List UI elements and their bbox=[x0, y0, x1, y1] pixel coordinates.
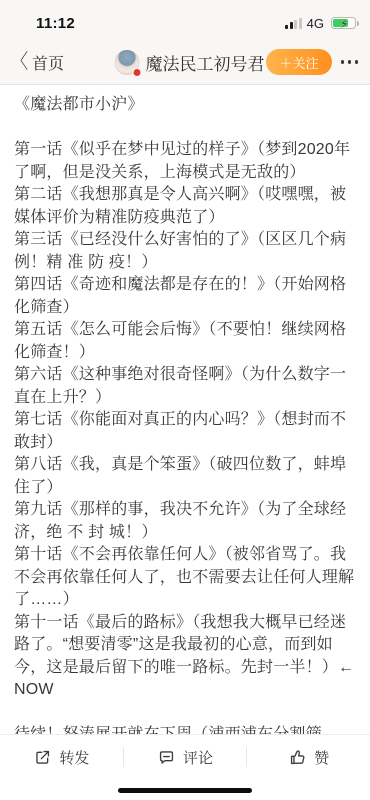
speech-bubble-icon bbox=[157, 748, 176, 767]
battery-charging-icon: ⚡ bbox=[331, 17, 356, 30]
author-header[interactable]: 魔法民工初号君 bbox=[115, 50, 265, 75]
weibo-post-page: { "status_bar": { "time": "11:12", "netw… bbox=[0, 0, 370, 800]
status-bar: 11:12 4G ⚡ bbox=[0, 0, 370, 40]
comment-label: 评论 bbox=[183, 747, 213, 768]
action-bar: 转发 评论 赞 bbox=[0, 735, 370, 779]
post-episode-line: 第五话《怎么可能会后悔》（不要怕！继续网格化筛查！） bbox=[14, 319, 356, 364]
blank-line bbox=[14, 117, 356, 140]
more-options-icon[interactable] bbox=[341, 56, 359, 68]
post-episode-line: 第三话《已经没什么好害怕的了》（区区几个病例！精 准 防 疫！） bbox=[14, 229, 356, 274]
like-button[interactable]: 赞 bbox=[247, 735, 370, 779]
bottom-toolbar: 转发 评论 赞 bbox=[0, 734, 370, 800]
blank-line bbox=[14, 702, 356, 725]
network-type-label: 4G bbox=[307, 16, 324, 31]
back-label: 首页 bbox=[32, 51, 64, 74]
user-avatar[interactable] bbox=[115, 50, 140, 75]
repost-label: 转发 bbox=[59, 747, 89, 768]
top-chrome: 11:12 4G ⚡ 〈 首页 魔法民工初号君 ＋关注 bbox=[0, 0, 370, 85]
charging-bolt-icon: ⚡ bbox=[340, 17, 348, 31]
post-episode-line: 第七话《你能面对真正的内心吗？》（想封而不敢封） bbox=[14, 409, 356, 454]
post-episode-line: 第九话《那样的事，我决不允许》（为了全球经济，绝 不 封 城！） bbox=[14, 499, 356, 544]
nav-bar: 〈 首页 魔法民工初号君 ＋关注 bbox=[0, 40, 370, 84]
post-title: 《魔法都市小沪》 bbox=[14, 94, 356, 117]
cellular-signal-icon bbox=[285, 18, 302, 29]
post-episode-line: 第六话《这种事绝对很奇怪啊》（为什么数字一直在上升？） bbox=[14, 364, 356, 409]
post-episode-line: 第八话《我，真是个笨蛋》（破四位数了，蚌埠住了） bbox=[14, 454, 356, 499]
post-episode-line: 第二话《我想那真是令人高兴啊》（哎嘿嘿，被媒体评价为精准防疫典范了） bbox=[14, 184, 356, 229]
like-label: 赞 bbox=[314, 747, 329, 768]
avatar-badge-icon bbox=[133, 68, 142, 77]
back-button[interactable]: 〈 首页 bbox=[10, 51, 64, 74]
share-box-icon bbox=[33, 748, 52, 767]
author-name[interactable]: 魔法民工初号君 bbox=[146, 50, 265, 75]
post-content: 《魔法都市小沪》 第一话《似乎在梦中见过的样子》（梦到2020年了啊，但是没关系… bbox=[0, 85, 370, 792]
home-indicator[interactable] bbox=[118, 788, 252, 793]
follow-button[interactable]: ＋关注 bbox=[266, 49, 331, 75]
post-episode-line: 第十一话《最后的路标》（我想我大概早已经迷路了。“想要清零”这是我最初的心意，而… bbox=[14, 612, 356, 702]
chevron-left-icon: 〈 bbox=[12, 52, 28, 72]
post-episode-line: 第四话《奇迹和魔法都是存在的！》（开始网格化筛查） bbox=[14, 274, 356, 319]
episode-list: 第一话《似乎在梦中见过的样子》（梦到2020年了啊，但是没关系，上海模式是无敌的… bbox=[14, 139, 356, 702]
post-episode-line: 第十话《不会再依靠任何人》（被邻省骂了。我不会再依靠任何人了，也不需要去让任何人… bbox=[14, 544, 356, 612]
nav-right-actions: ＋关注 bbox=[266, 49, 358, 75]
repost-button[interactable]: 转发 bbox=[0, 735, 123, 779]
post-episode-line: 第一话《似乎在梦中见过的样子》（梦到2020年了啊，但是没关系，上海模式是无敌的… bbox=[14, 139, 356, 184]
status-time: 11:12 bbox=[36, 15, 75, 32]
thumbs-up-icon bbox=[288, 748, 307, 767]
status-icons: 4G ⚡ bbox=[285, 16, 356, 31]
comment-button[interactable]: 评论 bbox=[124, 735, 247, 779]
